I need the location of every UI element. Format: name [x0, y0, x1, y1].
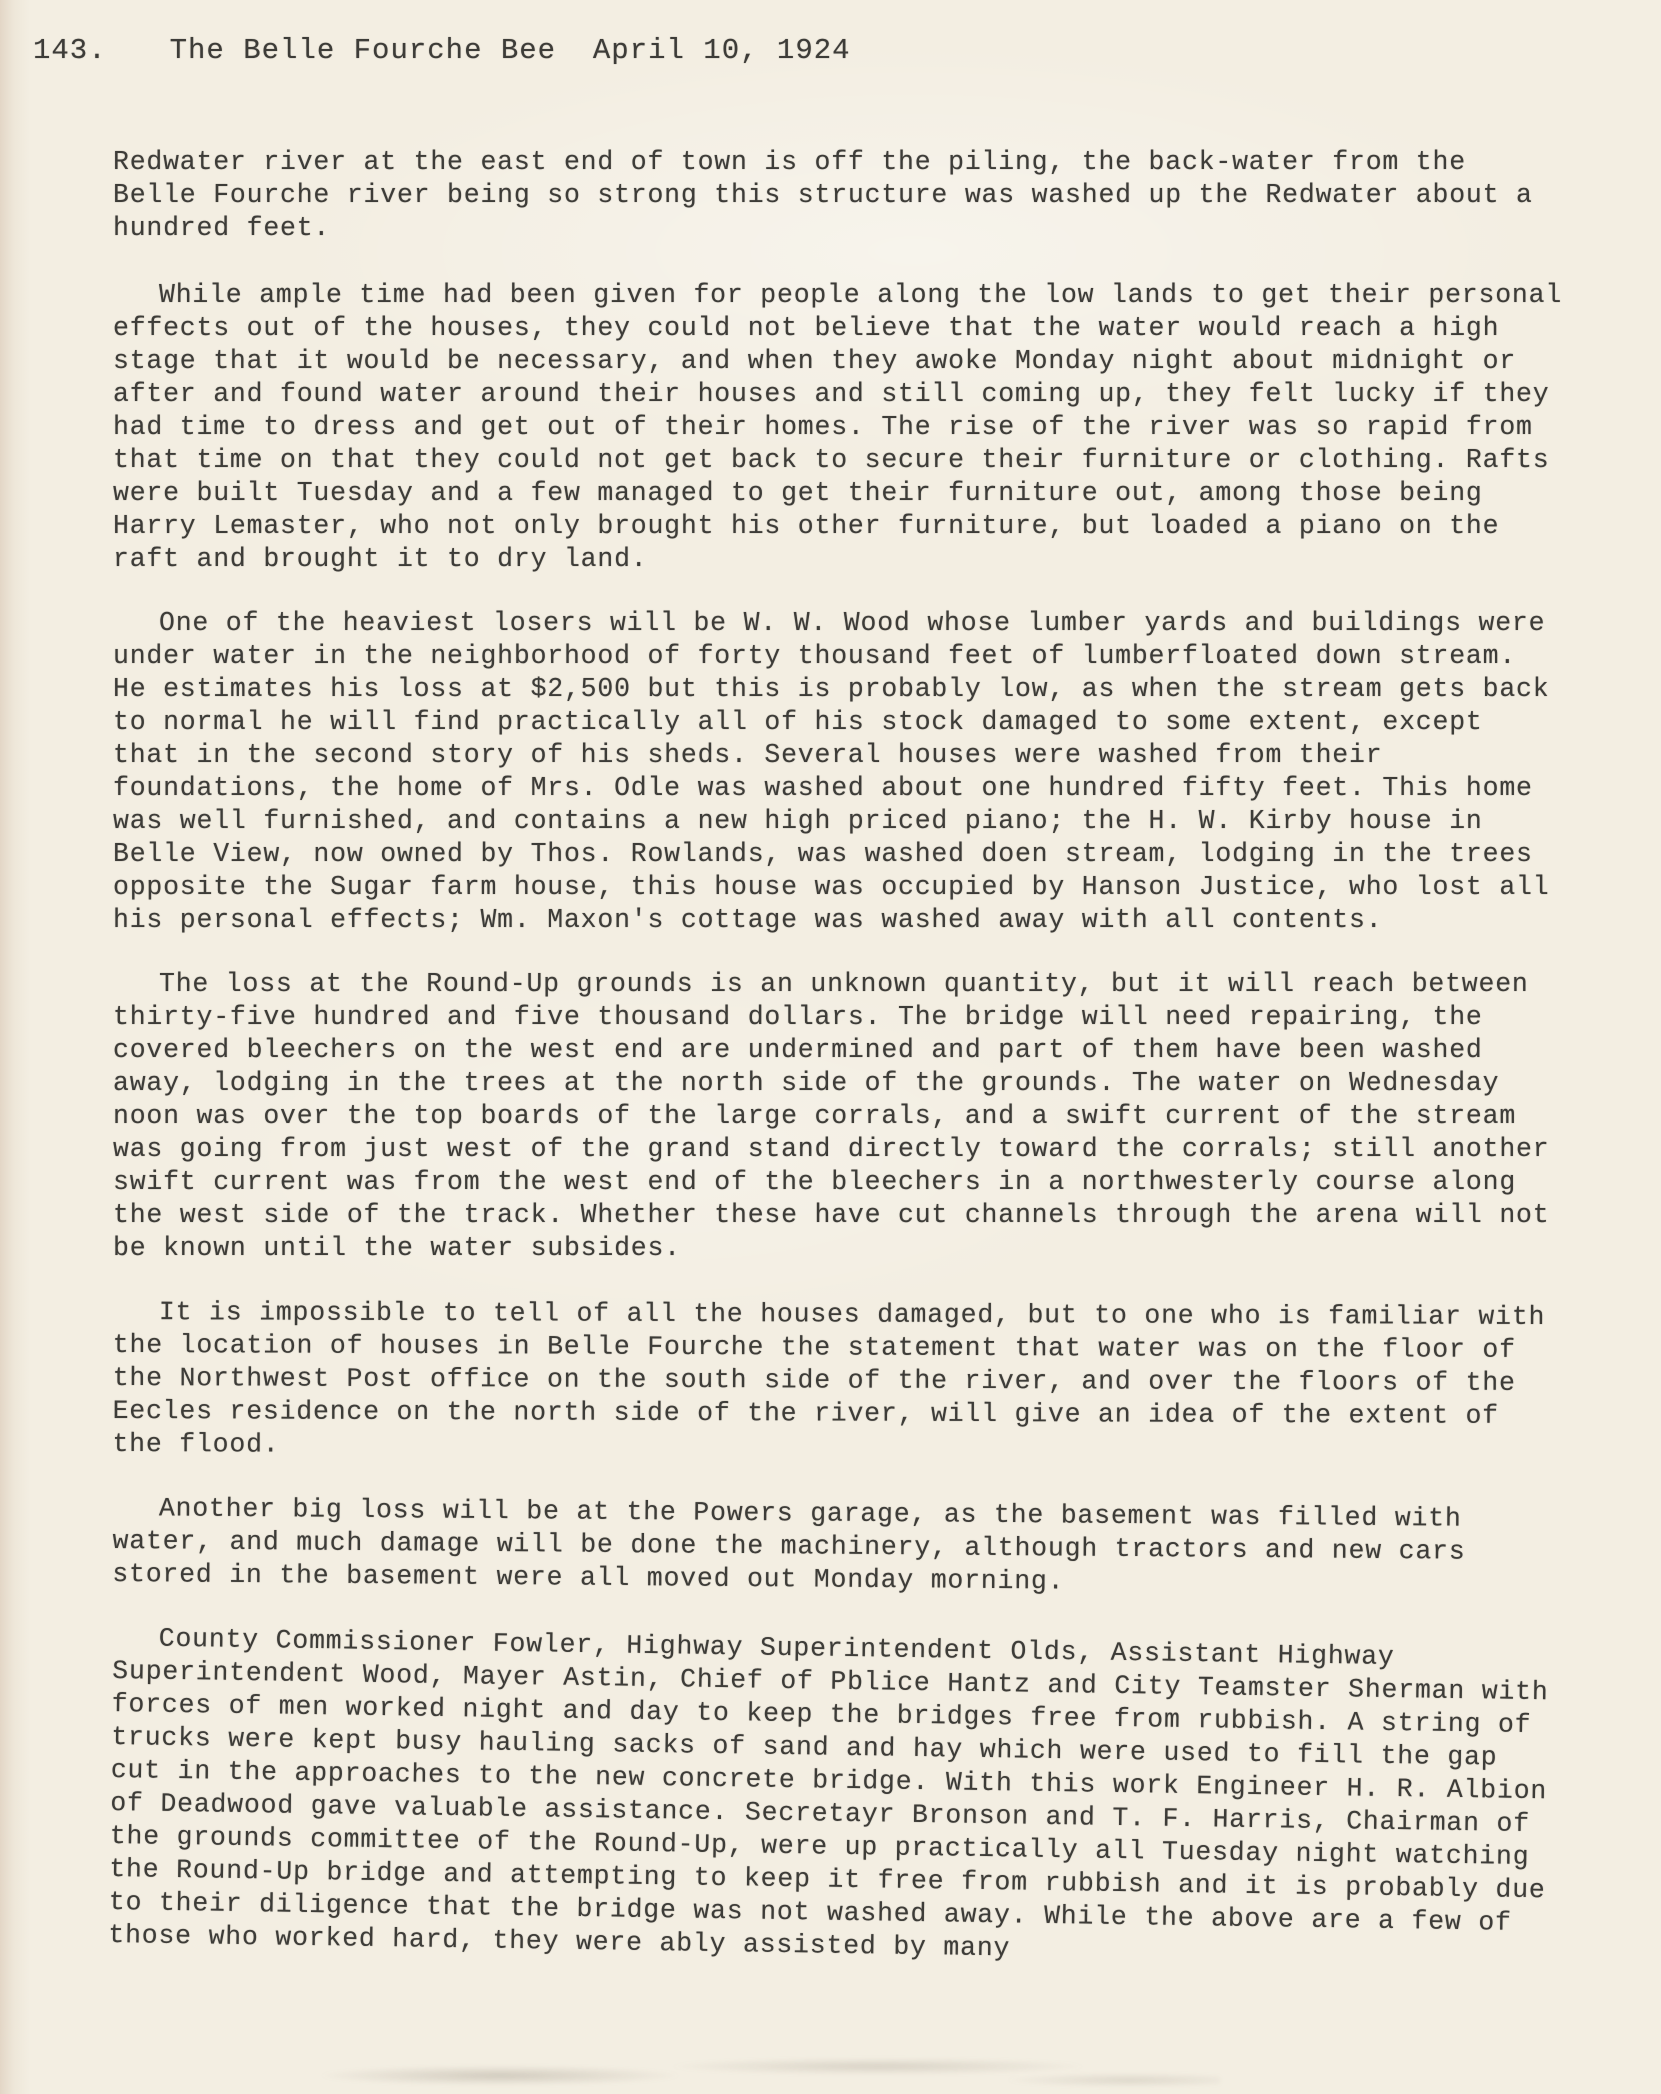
- paragraph: While ample time had been given for peop…: [113, 279, 1565, 576]
- paragraph: It is impossible to tell of all the hous…: [112, 1296, 1565, 1466]
- paragraph: The loss at the Round-Up grounds is an u…: [113, 968, 1565, 1265]
- scanned-document-page: 143. The Belle Fourche Bee April 10, 192…: [0, 0, 1661, 2094]
- paragraph: One of the heaviest losers will be W. W.…: [113, 607, 1565, 937]
- paragraph: Another big loss will be at the Powers g…: [112, 1492, 1565, 1602]
- page-header: 143. The Belle Fourche Bee April 10, 192…: [33, 34, 1601, 67]
- paragraph: County Commissioner Fowler, Highway Supe…: [108, 1622, 1565, 1974]
- paragraph: Redwater river at the east end of town i…: [113, 146, 1565, 245]
- document-title: The Belle Fourche Bee April 10, 1924: [170, 34, 851, 67]
- page-number: 143.: [33, 34, 107, 67]
- article-body: Redwater river at the east end of town i…: [113, 146, 1565, 1983]
